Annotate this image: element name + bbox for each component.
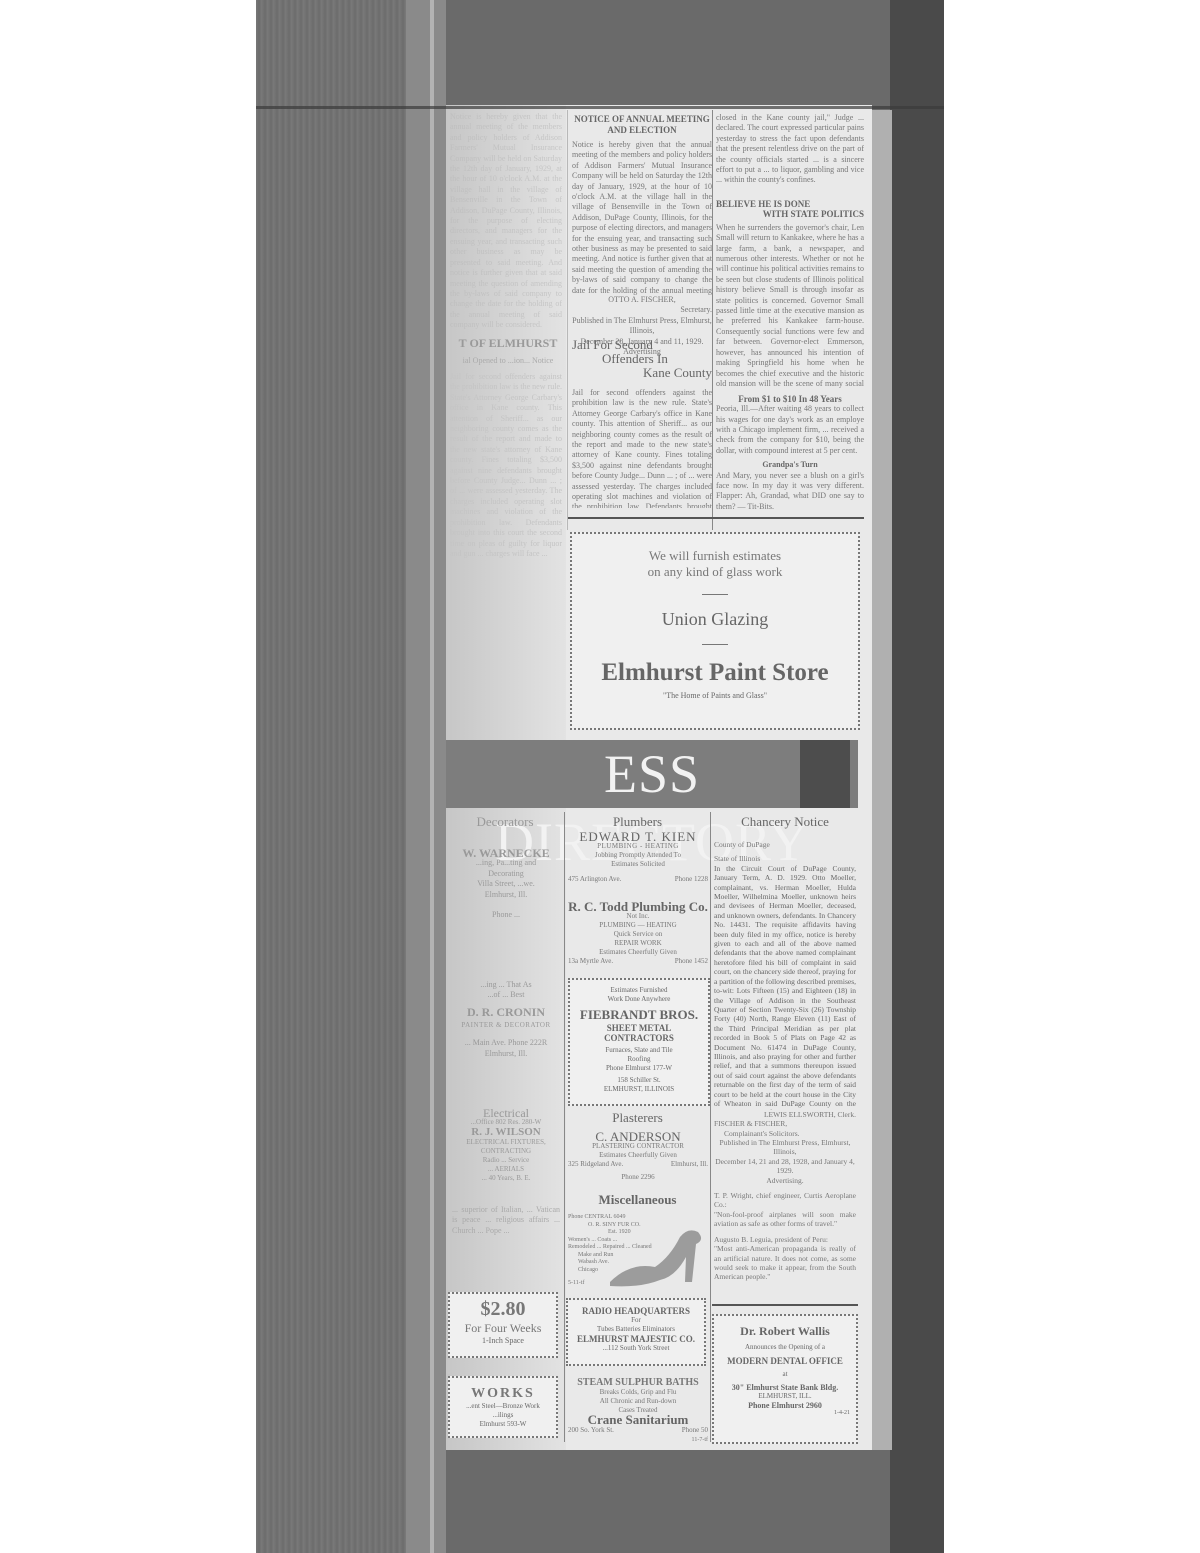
rate-ad: $2.80 For Four Weeks 1-Inch Space	[448, 1292, 558, 1358]
radio-ad: RADIO HEADQUARTERS For Tubes Batteries E…	[566, 1298, 706, 1366]
glass-ad-name1: Union Glazing	[572, 609, 858, 630]
joke-headline: Grandpa's Turn	[716, 460, 864, 470]
politics-headline-1: BELIEVE HE IS DONE	[716, 199, 864, 209]
kien-phone: Phone 1228	[675, 875, 708, 884]
politics-headline-2: WITH STATE POLITICS	[716, 209, 864, 219]
banner-ornament	[800, 740, 850, 808]
wages-body: Peoria, Ill.—After waiting 48 years to c…	[716, 404, 864, 456]
misc-faded-text: ... superior of Italian, ... Vatican is …	[452, 1205, 560, 1285]
glass-ad-slogan: "The Home of Paints and Glass"	[572, 691, 858, 700]
notice-body: Notice is hereby given that the annual m…	[572, 140, 712, 295]
page-binding-shadow	[256, 0, 406, 1553]
works-ad: WORKS ...ent Steel—Bronze Work ...ilings…	[448, 1376, 558, 1438]
plasterer-ad-anderson: C. ANDERSON PLASTERING CONTRACTOR Estima…	[568, 1132, 708, 1182]
continued-text: closed in the Kane county jail," Judge .…	[716, 113, 864, 193]
plumber-ad-todd: R. C. Todd Plumbing Co. Not Inc. PLUMBIN…	[568, 902, 708, 966]
article-headline-1: Jail For Second	[572, 338, 712, 352]
notice-signature-title: Secretary.	[572, 305, 712, 315]
article-headline-3: Kane County	[572, 366, 712, 380]
section-chancery-notice: Chancery Notice	[715, 814, 855, 830]
notice-signature: OTTO A. FISCHER,	[572, 295, 712, 305]
column-divider	[712, 110, 713, 530]
decorator-ad-cronin: ...ing ... That As ...of ... Best D. R. …	[452, 980, 560, 1059]
section-plasterers: Plasterers	[565, 1110, 710, 1126]
page-right-edge	[870, 110, 892, 1450]
fiebrandt-ad: Estimates Furnished Work Done Anywhere F…	[568, 978, 710, 1106]
left-column-body-faded: Jail for second offenders against the pr…	[450, 372, 562, 727]
column-divider	[564, 812, 565, 1442]
left-column-subhead: ial Opened to ...ion... Notice	[450, 356, 566, 366]
top-rule	[256, 106, 944, 109]
crane-sanitarium-ad: STEAM SULPHUR BATHS Breaks Colds, Grip a…	[568, 1378, 708, 1445]
directory-banner: ESS DIRECTORY	[446, 740, 858, 808]
glass-ad: We will furnish estimates on any kind of…	[570, 532, 860, 730]
article-body: Jail for second offenders against the pr…	[572, 388, 712, 508]
joke-body: And Mary, you never see a blush on a gir…	[716, 471, 864, 513]
left-column-headline: T OF ELMHURST	[450, 338, 566, 348]
electrical-section: Electrical ...Office 802 Res. 280-W R. J…	[452, 1108, 560, 1183]
decorator-ad-warnecke: W. WARNECKE ...ing, Pa...ting and Decora…	[452, 848, 560, 920]
kien-address: 475 Arlington Ave.	[568, 875, 621, 884]
notice-published: Published in The Elmhurst Press, Elmhurs…	[572, 316, 712, 337]
section-plumbers: Plumbers	[565, 814, 710, 830]
fur-ad-animal-illustration	[600, 1222, 710, 1292]
notice-heading: NOTICE OF ANNUAL MEETING AND ELECTION	[572, 114, 712, 136]
plumber-ad-kien: EDWARD T. KIEN PLUMBING - HEATING Jobbin…	[568, 832, 708, 884]
article-headline-2: Offenders In	[572, 352, 712, 366]
divider	[702, 644, 728, 645]
column-divider	[710, 812, 711, 1442]
glass-ad-line1: We will furnish estimates	[572, 548, 858, 564]
glass-ad-line2: on any kind of glass work	[572, 564, 858, 580]
column-divider	[567, 110, 568, 530]
section-rule	[568, 517, 864, 519]
frame-right-margin	[890, 0, 944, 1553]
chancery-notice: County of DuPage State of Illinois In th…	[714, 840, 856, 1282]
section-decorators: Decorators	[450, 814, 560, 830]
binding-highlight	[430, 0, 434, 1553]
wages-headline: From $1 to $10 In 48 Years	[716, 394, 864, 404]
right-column-top: closed in the Kane county jail," Judge .…	[716, 113, 864, 513]
dental-office-ad: Dr. Robert Wallis Announces the Opening …	[712, 1314, 858, 1444]
politics-body: When he surrenders the governor's chair,…	[716, 223, 864, 388]
kane-county-article: Jail For Second Offenders In Kane County…	[572, 338, 712, 508]
page-binding-edge	[406, 0, 446, 1553]
divider	[702, 594, 728, 595]
glass-ad-name2: Elmhurst Paint Store	[572, 659, 858, 687]
section-miscellaneous: Miscellaneous	[565, 1192, 710, 1208]
left-column-top: Notice is hereby given that the annual m…	[450, 112, 562, 332]
section-rule	[712, 1304, 858, 1306]
annual-meeting-notice: NOTICE OF ANNUAL MEETING AND ELECTION No…	[572, 114, 712, 357]
